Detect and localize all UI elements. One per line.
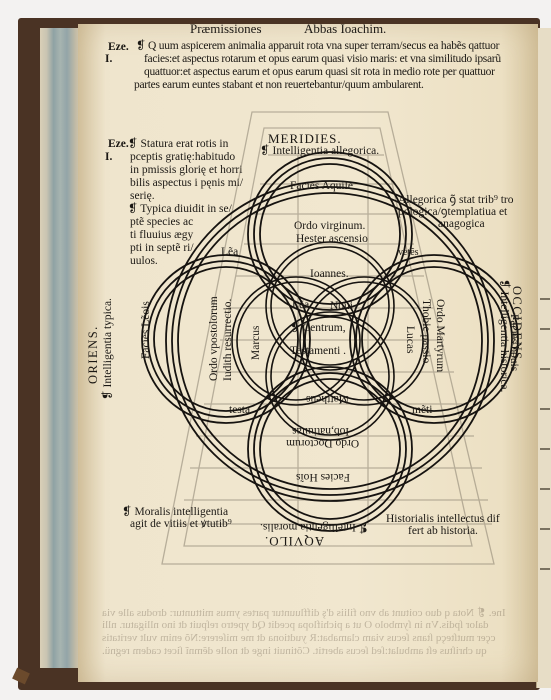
direction-left-sense: ❡ Intelligentia typica.: [102, 298, 115, 400]
direction-top-sense: ❡ Intelligentia allegorica.: [260, 145, 379, 158]
center-word-testamenti: Testamenti .: [290, 345, 346, 358]
order-left-line2: Iudith resurrectio.: [222, 299, 235, 381]
center-word-lea: Lẽa: [292, 299, 309, 312]
facing-page-edge: [536, 28, 551, 688]
corner-word-ul: Lẽa: [221, 246, 238, 259]
center-word-centrum: ❡ Centrum,: [290, 322, 346, 335]
corner-word-lr: mẽti: [412, 404, 432, 417]
book-page: Præmissiones Abbas Ioachim. Eze. I. Eze.…: [78, 24, 538, 682]
face-lion: Facies Lẽois: [140, 301, 153, 359]
ghost-line: dalor ſpdis.Vn in ſymbolo O ut a pichifl…: [102, 619, 488, 631]
order-right-line2: Thobie passio.: [419, 299, 432, 366]
face-ox: Facies bouis: [507, 314, 520, 371]
direction-bottom-name: AQVILO.: [264, 533, 324, 549]
evangelist-luke: Lucas: [403, 326, 416, 353]
order-bottom-line1: Ordo Doctorum: [286, 436, 359, 449]
center-word-noui: Noui: [330, 300, 353, 313]
ghost-line: Ine. ❡ Nota q duo coitunt ab vno filiis …: [102, 606, 506, 619]
face-man: Facies Hoĩs: [296, 470, 350, 483]
ghost-line: qu chriſtus eſt ambulat:ſed ſecus aberti…: [102, 645, 487, 657]
order-top-line2: Hester ascensio: [296, 233, 368, 246]
order-top-line1: Ordo virginum.: [294, 220, 365, 233]
evangelist-mark: Marcus: [250, 326, 263, 361]
corner-word-ur: vetẽs: [398, 246, 419, 259]
annotation-moralis-2: agit de vitiis et ꝟtutib⁹: [130, 518, 232, 531]
annotation-historialis-2: fert ab historia.: [408, 525, 478, 538]
order-left-line1: Ordo vpostolorum: [208, 296, 221, 381]
corner-word-ll: testa: [229, 404, 250, 417]
evangelist-matthew: Mattheus: [306, 392, 349, 405]
direction-bottom-sense: ❡ Intelligentia moralis.: [260, 520, 368, 533]
evangelist-john: Ioannes.: [310, 268, 349, 281]
order-right-line1: Ordo Martyrum: [433, 299, 446, 372]
direction-left-name: ORIENS.: [86, 325, 101, 384]
face-eagle: Facies Aquile: [290, 180, 353, 193]
ghost-line: cçer mutſteçq ſtans ſecus viam clamabat:…: [102, 632, 495, 644]
order-bottom-line2: Iob,natiuitas: [292, 424, 349, 437]
annotation-allegorica-3: anagogica: [438, 218, 485, 231]
